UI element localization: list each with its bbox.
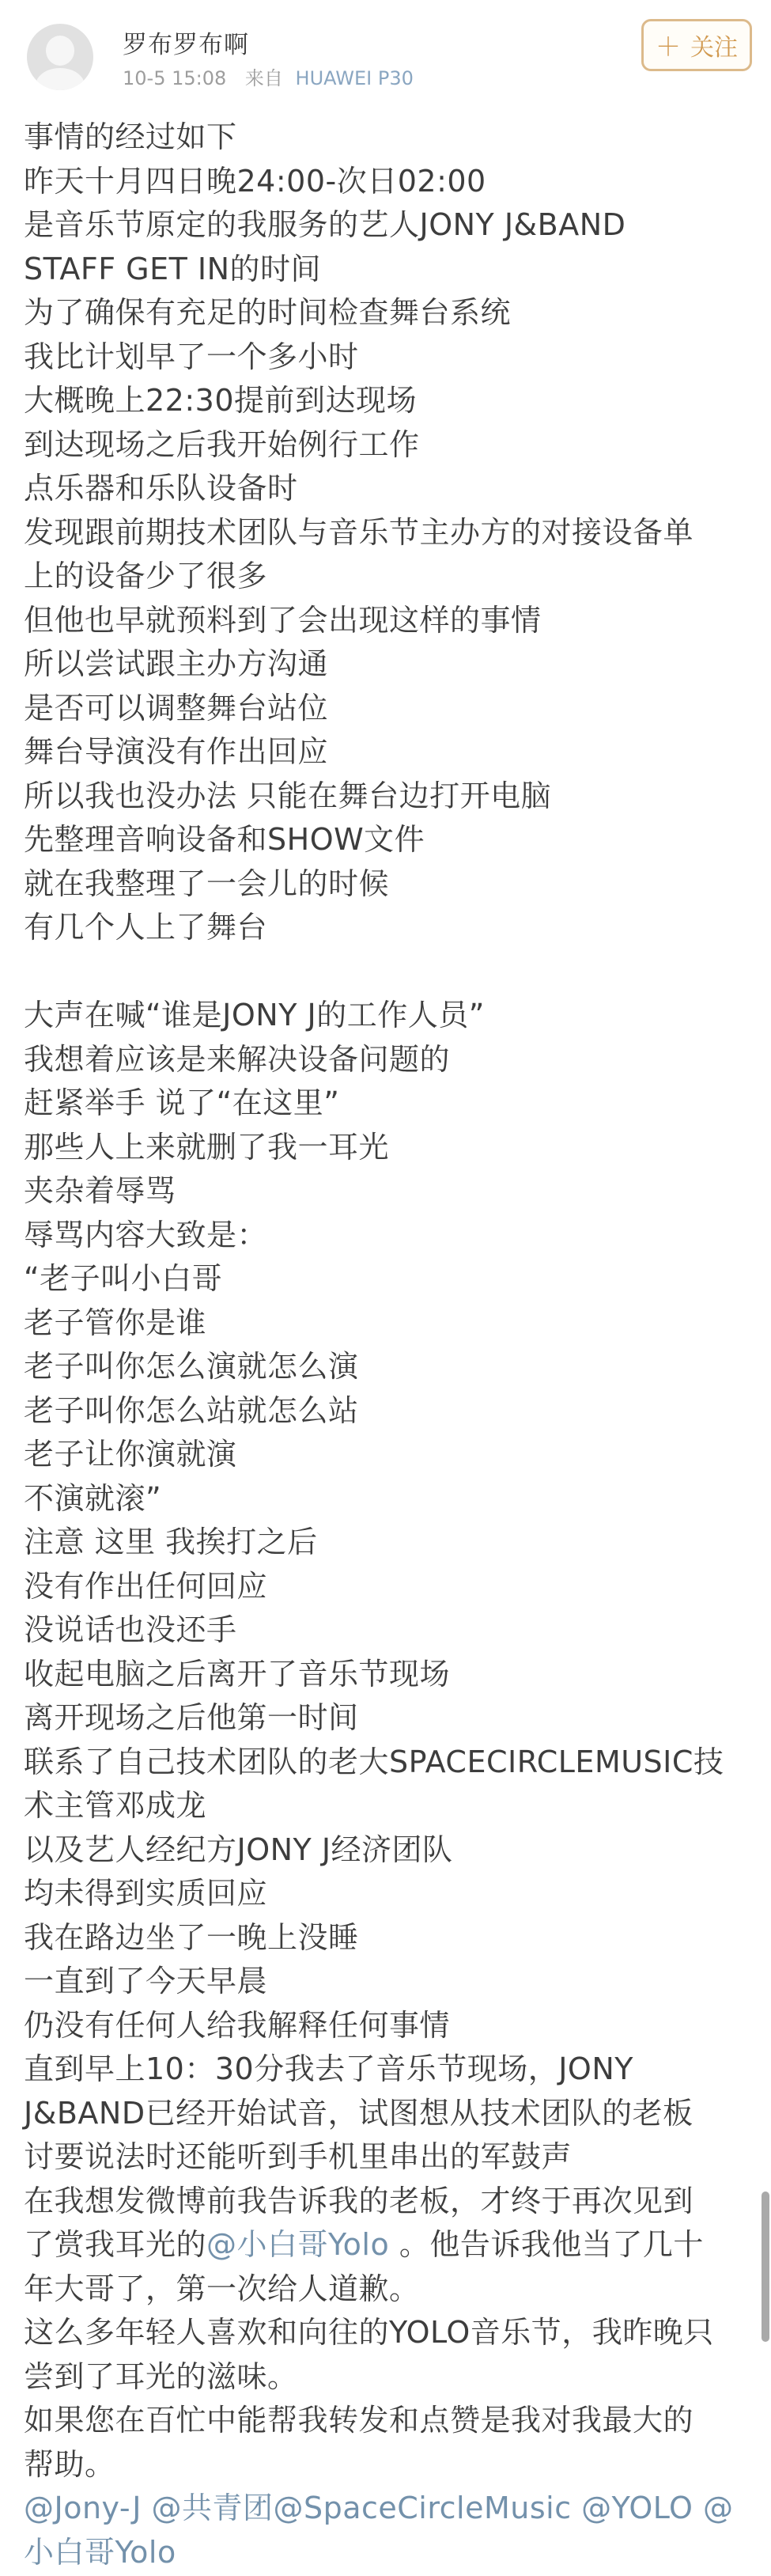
post-line: 讨要说法时还能听到手机里串出的军鼓声 [24, 2135, 747, 2180]
post-line: 所以我也没办法 只能在舞台边打开电脑 [24, 775, 747, 819]
post-line: 以及艺人经纪方JONY J经济团队 [24, 1828, 747, 1873]
post-line: 到达现场之后我开始例行工作 [24, 423, 747, 468]
post-line: 没有作出任何回应 [24, 1565, 747, 1609]
post-text: 是音乐节原定的我服务的艺人JONY J&BAND [24, 207, 625, 242]
post-line: 大声在喊“谁是JONY J的工作人员” [24, 994, 747, 1038]
post-body: 事情的经过如下昨天十月四日晚24:00-次日02:00是音乐节原定的我服务的艺人… [0, 97, 771, 2574]
post-line: 夹杂着辱骂 [24, 1169, 747, 1214]
post-line: STAFF GET IN的时间 [24, 248, 747, 292]
post-text: 了赏我耳光的 [24, 2227, 206, 2262]
post-text: 均未得到实质回应 [24, 1876, 267, 1911]
post-line: 事情的经过如下 [24, 116, 747, 160]
post-line: 我比计划早了一个多小时 [24, 335, 747, 380]
post-line: 昨天十月四日晚24:00-次日02:00 [24, 160, 747, 204]
post-text: 我在路边坐了一晚上没睡 [24, 1920, 359, 1955]
post-line: 老子管你是谁 [24, 1301, 747, 1346]
post-line: 联系了自己技术团队的老大SPACECIRCLEMUSIC技 [24, 1741, 747, 1785]
post-text: 是否可以调整舞台站位 [24, 691, 328, 725]
post-line: 在我想发微博前我告诉我的老板，才终于再次见到 [24, 2180, 747, 2224]
post-text: 以及艺人经纪方JONY J经济团队 [24, 1832, 453, 1867]
post-text: 所以尝试跟主办方沟通 [24, 646, 328, 681]
post-header: 罗布罗布啊 10-5 15:08 来自 HUAWEI P30 ＋ 关注 [0, 0, 771, 97]
post-text: 老子叫你怎么站就怎么站 [24, 1393, 359, 1428]
post-text: 到达现场之后我开始例行工作 [24, 427, 420, 462]
post-text: 离开现场之后他第一时间 [24, 1700, 359, 1735]
post-text: J&BAND已经开始试音，试图想从技术团队的老板 [24, 2096, 694, 2131]
post-line: 那些人上来就删了我一耳光 [24, 1126, 747, 1170]
post-text: 就在我整理了一会儿的时候 [24, 866, 389, 901]
avatar[interactable] [27, 24, 93, 90]
plus-icon: ＋ [656, 27, 681, 63]
avatar-person-icon [46, 36, 74, 66]
avatar-person-icon [36, 68, 85, 90]
post-line: 老子叫你怎么演就怎么演 [24, 1345, 747, 1389]
scrollbar-thumb[interactable] [762, 2191, 769, 2342]
post-line: 有几个人上了舞台 [24, 906, 747, 950]
post-text: STAFF GET IN的时间 [24, 252, 321, 286]
post-text: 我比计划早了一个多小时 [24, 339, 359, 374]
post-line: 帮助。 [24, 2443, 747, 2487]
post-line: 尝到了耳光的滋味。 [24, 2355, 747, 2400]
post-text: 辱骂内容大致是： [24, 1218, 267, 1252]
source-prefix: 来自 [245, 67, 283, 89]
post-text: 所以我也没办法 只能在舞台边打开电脑 [24, 778, 551, 813]
post-text: 尝到了耳光的滋味。 [24, 2359, 298, 2394]
post-text: 赶紧举手 说了“在这里” [24, 1085, 339, 1120]
post-line: 老子叫你怎么站就怎么站 [24, 1389, 747, 1434]
post-line: 发现跟前期技术团队与音乐节主办方的对接设备单 [24, 511, 747, 555]
source-device-link[interactable]: HUAWEI P30 [296, 67, 414, 89]
post-line: 不演就滚” [24, 1477, 747, 1521]
post-line [24, 950, 747, 994]
post-line: 了赏我耳光的@小白哥Yolo 。他告诉我他当了几十 [24, 2223, 747, 2267]
post-text: 没有作出任何回应 [24, 1569, 267, 1604]
post-text: 我想着应该是来解决设备问题的 [24, 1042, 450, 1077]
post-line: 老子让你演就演 [24, 1433, 747, 1477]
post-text: 夹杂着辱骂 [24, 1173, 176, 1208]
post-text: 收起电脑之后离开了音乐节现场 [24, 1657, 450, 1691]
post-line: 如果您在百忙中能帮我转发和点赞是我对我最大的 [24, 2399, 747, 2443]
post-line: 年大哥了，第一次给人道歉。 [24, 2267, 747, 2312]
post-line: 就在我整理了一会儿的时候 [24, 862, 747, 907]
post-line: 术主管邓成龙 [24, 1784, 747, 1828]
post-line: @Jony-J @共青团@SpaceCircleMusic @YOLO @ [24, 2487, 747, 2531]
post-text: 注意 这里 我挨打之后 [24, 1525, 318, 1559]
post-line: 收起电脑之后离开了音乐节现场 [24, 1653, 747, 1697]
post-text: 事情的经过如下 [24, 119, 237, 154]
post-line: 均未得到实质回应 [24, 1872, 747, 1916]
post-text: 大概晚上22:30提前到达现场 [24, 383, 417, 418]
post-line: 是否可以调整舞台站位 [24, 687, 747, 731]
follow-button[interactable]: ＋ 关注 [641, 19, 752, 71]
post-line: 先整理音响设备和SHOW文件 [24, 818, 747, 862]
post-line: 上的设备少了很多 [24, 555, 747, 599]
mention-link[interactable]: @Jony-J @共青团@SpaceCircleMusic @YOLO @ [24, 2491, 734, 2525]
post-text: 点乐器和乐队设备时 [24, 471, 298, 506]
post-text: 没说话也没还手 [24, 1612, 237, 1647]
post-line: 这么多年轻人喜欢和向往的YOLO音乐节，我昨晚只 [24, 2311, 747, 2355]
mention-link[interactable]: 小白哥Yolo [24, 2535, 176, 2570]
post-line: 仍没有任何人给我解释任何事情 [24, 2004, 747, 2048]
post-line: 但他也早就预料到了会出现这样的事情 [24, 599, 747, 643]
post-text: 老子叫你怎么演就怎么演 [24, 1349, 359, 1384]
post-text: 先整理音响设备和SHOW文件 [24, 822, 425, 857]
post-text: 。他告诉我他当了几十 [389, 2227, 704, 2262]
post-text: 如果您在百忙中能帮我转发和点赞是我对我最大的 [24, 2403, 694, 2438]
post-text: 不演就滚” [24, 1481, 161, 1516]
post-text: 舞台导演没有作出回应 [24, 734, 328, 769]
post-text: 昨天十月四日晚24:00-次日02:00 [24, 164, 486, 199]
post-text: 老子让你演就演 [24, 1437, 237, 1472]
post-text: 这么多年轻人喜欢和向往的YOLO音乐节，我昨晚只 [24, 2315, 714, 2350]
post-line: 赶紧举手 说了“在这里” [24, 1082, 747, 1126]
post-text: 大声在喊“谁是JONY J的工作人员” [24, 998, 485, 1032]
post-text: 上的设备少了很多 [24, 559, 267, 593]
post-line: J&BAND已经开始试音，试图想从技术团队的老板 [24, 2092, 747, 2136]
post-line: 点乐器和乐队设备时 [24, 467, 747, 511]
post-line: 直到早上10：30分我去了音乐节现场，JONY [24, 2048, 747, 2092]
post-text: 一直到了今天早晨 [24, 1964, 267, 1998]
post-text: 年大哥了，第一次给人道歉。 [24, 2271, 420, 2306]
post-line: 大概晚上22:30提前到达现场 [24, 379, 747, 423]
post-text: 老子管你是谁 [24, 1305, 206, 1340]
post-line: 辱骂内容大致是： [24, 1214, 747, 1258]
post-line: 我在路边坐了一晚上没睡 [24, 1916, 747, 1960]
post-text: 有几个人上了舞台 [24, 910, 267, 945]
post-text: 但他也早就预料到了会出现这样的事情 [24, 603, 542, 638]
post-line: 注意 这里 我挨打之后 [24, 1521, 747, 1565]
follow-button-label: 关注 [690, 28, 738, 63]
timestamp: 10-5 15:08 [123, 67, 226, 89]
post-text: 为了确保有充足的时间检查舞台系统 [24, 295, 511, 330]
post-text: “老子叫小白哥 [24, 1261, 222, 1296]
post-line: 一直到了今天早晨 [24, 1960, 747, 2004]
post-text: 术主管邓成龙 [24, 1788, 206, 1823]
post-text: 帮助。 [24, 2447, 115, 2482]
post-text: 那些人上来就删了我一耳光 [24, 1130, 389, 1165]
post-text: 直到早上10：30分我去了音乐节现场，JONY [24, 2051, 633, 2086]
post-line: 舞台导演没有作出回应 [24, 730, 747, 775]
post-line: 是音乐节原定的我服务的艺人JONY J&BAND [24, 203, 747, 248]
post-line: 没说话也没还手 [24, 1608, 747, 1653]
post-text: 联系了自己技术团队的老大SPACECIRCLEMUSIC技 [24, 1744, 724, 1779]
post-line: 离开现场之后他第一时间 [24, 1696, 747, 1741]
post-line: 为了确保有充足的时间检查舞台系统 [24, 291, 747, 335]
post-text: 仍没有任何人给我解释任何事情 [24, 2008, 450, 2043]
post-line: 所以尝试跟主办方沟通 [24, 642, 747, 687]
post-text: 发现跟前期技术团队与音乐节主办方的对接设备单 [24, 515, 694, 550]
post-line: 小白哥Yolo [24, 2531, 747, 2575]
post-text: 讨要说法时还能听到手机里串出的军鼓声 [24, 2139, 572, 2174]
mention-link[interactable]: @小白哥Yolo [206, 2227, 389, 2262]
post-text: 在我想发微博前我告诉我的老板，才终于再次见到 [24, 2184, 694, 2218]
post-line: 我想着应该是来解决设备问题的 [24, 1038, 747, 1082]
post-line: “老子叫小白哥 [24, 1257, 747, 1301]
